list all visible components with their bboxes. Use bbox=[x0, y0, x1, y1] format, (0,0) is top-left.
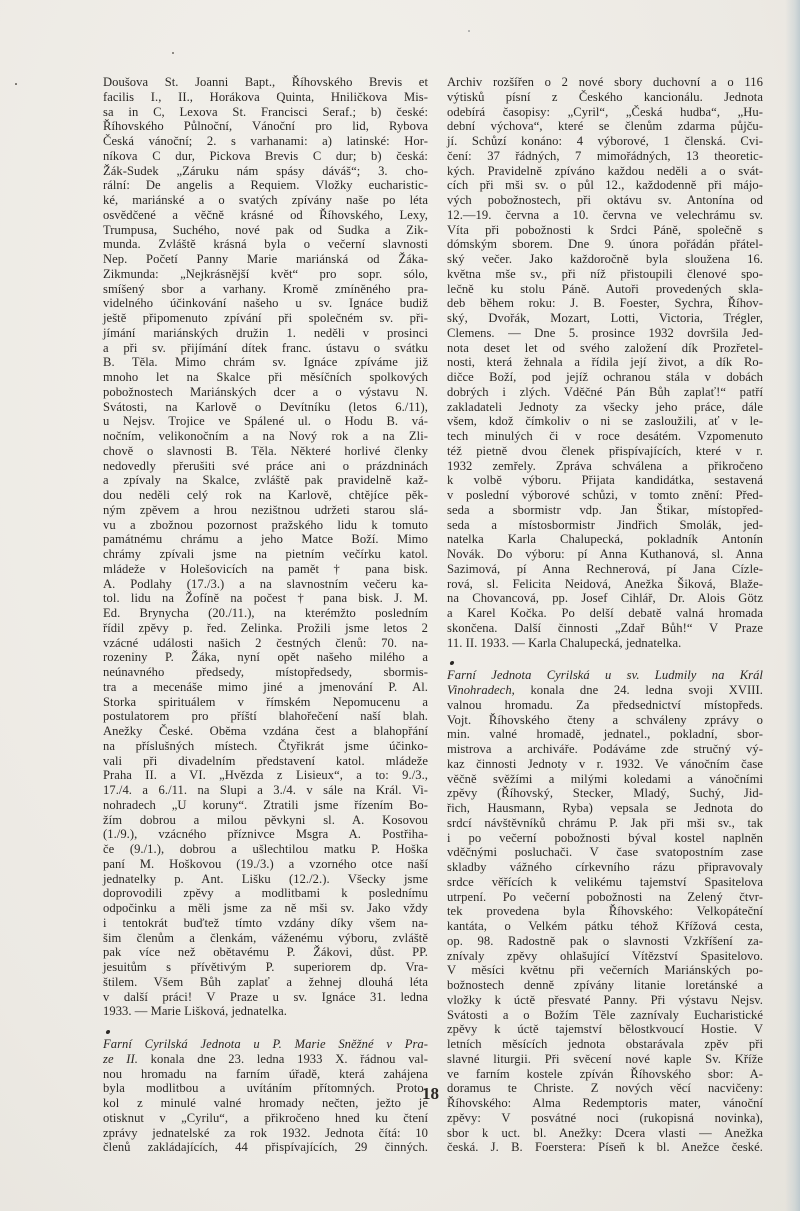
text-line: lečně ku stolu Páně. Autoři provedených … bbox=[447, 282, 763, 297]
text-line: níkova C dur, Pickova Brevis C dur; b) č… bbox=[103, 149, 428, 164]
text-line: Víta při pobožnosti k Srdci Páně, společ… bbox=[447, 223, 763, 238]
text-line: postulatorem pro příští blahořečení naší… bbox=[103, 709, 428, 724]
text-line: ještě připomenuto zpívání při společném … bbox=[103, 311, 428, 326]
text-line: A. Podlahy (17./3.) a na slavnostním več… bbox=[103, 577, 428, 592]
text-line: Ed. Brynycha (20./11.), na kterémžto pos… bbox=[103, 606, 428, 621]
text-line: tek provedena byla Říhovského: Velkopáte… bbox=[447, 904, 763, 919]
text-line: nota deset let od svého založení dík Pro… bbox=[447, 341, 763, 356]
text-line: jí. Schůzí konáno: 4 výborové, 1 členská… bbox=[447, 134, 763, 149]
text-line: 11. II. 1933. — Karla Chalupecká, jednat… bbox=[447, 636, 763, 651]
paragraph-gap bbox=[447, 650, 763, 660]
text-line: slavné liturgii. Při svěcení nové kaple … bbox=[447, 1052, 763, 1067]
text-line: seda a sbormistr vdp. Jan Štikar, místop… bbox=[447, 503, 763, 518]
text-line: Nep. Početí Panny Marie mariánská od Žák… bbox=[103, 252, 428, 267]
text-line: i po večerní pobožnosti býval kostel nap… bbox=[447, 831, 763, 846]
text-line: 17./4. a 6./11. na Slupi a 3./4. v sále … bbox=[103, 783, 428, 798]
text-line: chrámy zpívali jsme na pietním večírku k… bbox=[103, 547, 428, 562]
text-line: ve farním kostele zpíván Říhovského sbor… bbox=[447, 1067, 763, 1082]
text-line: B. Těla. Mimo chrám sv. Ignáce zpíváme j… bbox=[103, 355, 428, 370]
right-paragraph-1: Archiv rozšířen o 2 nové sbory duchovní … bbox=[447, 75, 763, 650]
right-paragraph-2: Farní Jednota Cyrilská u sv. Ludmily na … bbox=[447, 668, 763, 1155]
text-line: valnou hromadu. Za předsednictví místopř… bbox=[447, 698, 763, 713]
text-line: zprávy jednatelské za rok 1932. Jednota … bbox=[103, 1126, 428, 1141]
text-line: vložky k úctě přesvaté Panny. Při výstav… bbox=[447, 993, 763, 1008]
section-heading: Farní Jednota Cyrilská u sv. Ludmily na … bbox=[447, 668, 763, 683]
text-line: chově o slavnosti B. Těla. Některé horli… bbox=[103, 444, 428, 459]
section-bullet-icon bbox=[447, 660, 763, 668]
text-line: i tentokrát buďtež tímto vzdány díky vše… bbox=[103, 916, 428, 931]
text-line: Vojt. Říhovského čteny a schváleny zpráv… bbox=[447, 713, 763, 728]
text-line: čení: 37 řádných, 7 mimořádných, 13 theo… bbox=[447, 149, 763, 164]
text-line: kých. Pravidelně zpíváno každou neděli a… bbox=[447, 164, 763, 179]
text-line: utrpení. Po večerní pobožnosti na Zelený… bbox=[447, 890, 763, 905]
text-line: a při sv. přijímání dítek franc. ústavu … bbox=[103, 341, 428, 356]
text-line: seda a místosbormistr Jindřich Smolák, j… bbox=[447, 518, 763, 533]
text-line: letních měsících jednota obstarávala zpě… bbox=[447, 1037, 763, 1052]
text-line: dičce Boží, pod jejíž ochranou stála v d… bbox=[447, 370, 763, 385]
text-line: dební výchova“, které se členům zdarma p… bbox=[447, 119, 763, 134]
text-line: vděčnými posluchači. V čase svatopostním… bbox=[447, 845, 763, 860]
text-line: jesuitům s přívětivým P. superiorem dp. … bbox=[103, 960, 428, 975]
text-line: kantáta, o Velkém pátku téhož Křížová ce… bbox=[447, 919, 763, 934]
text-line: jednatelky p. Ant. Lišku (12./2.). Všeck… bbox=[103, 872, 428, 887]
text-line: sa in C, Lexova St. Francisci Seraf.; b)… bbox=[103, 105, 428, 120]
text-line: sbor k uct. bl. Anežky: Dcera vlasti — A… bbox=[447, 1126, 763, 1141]
text-line: členů zakládajících, 44 přispívajících, … bbox=[103, 1140, 428, 1155]
text-line: k volbě výboru. Přijata kandidátka, sest… bbox=[447, 473, 763, 488]
text-line: mládeže v Holešovicích na pamět † pana b… bbox=[103, 562, 428, 577]
text-line: jímání mariánských družin 1. neděli v pr… bbox=[103, 326, 428, 341]
text-line: věčně svěžími a milými koledami a vánočn… bbox=[447, 772, 763, 787]
text-line: facilis I., II., Horákova Quinta, Hnilič… bbox=[103, 90, 428, 105]
text-line: otisknut v „Cyrilu“, a přikročeno hned k… bbox=[103, 1111, 428, 1126]
text-line: min. valné hromadě, jednatel., pokladní,… bbox=[447, 727, 763, 742]
section-heading-continuation: ze II. konala dne 23. ledna 1933 X. řádn… bbox=[103, 1052, 428, 1067]
text-line: řich, Hausmann, Ryba) vepsala se Jednota… bbox=[447, 801, 763, 816]
text-line: Anežky České. Oběma vzdána čest a blahop… bbox=[103, 724, 428, 739]
text-line: vu a zbožnou pozornost pražského lidu k … bbox=[103, 518, 428, 533]
text-line: nosti, která žehnala a řídila její život… bbox=[447, 355, 763, 370]
text-line: štilem. Všem Bůh zaplať a žehnej dlouhá … bbox=[103, 975, 428, 990]
text-line: zpěvy (Říhovský, Stecker, Mladý, Suchý, … bbox=[447, 786, 763, 801]
text-run: konala dne 24. ledna svoji XVIII. bbox=[515, 683, 763, 697]
text-line: vých pobožnostech, při oktávu sv. Antoní… bbox=[447, 193, 763, 208]
text-line: ský večer. Jako každoročně byla sloužena… bbox=[447, 252, 763, 267]
right-paragraph-2-body: valnou hromadu. Za předsednictví místopř… bbox=[447, 698, 763, 1155]
text-line: řídil zpěvy p. řed. Zelinka. Prožili jsm… bbox=[103, 621, 428, 636]
text-line: výtisků písní z Českého kancionálu. Jedn… bbox=[447, 90, 763, 105]
text-line: Zikmunda: „Nejkrásnější květ“ pro sopr. … bbox=[103, 267, 428, 282]
text-run: konala dne 23. ledna 1933 X. řádnou val- bbox=[138, 1052, 428, 1066]
page-number: 18 bbox=[422, 1084, 439, 1104]
text-line: natelka Karla Chalupecká, pokladník Anto… bbox=[447, 532, 763, 547]
text-line: nou hromadu na farním úřadě, která zaháj… bbox=[103, 1067, 428, 1082]
scanned-page: Doušova St. Joanni Bapt., Říhovského Bre… bbox=[0, 0, 800, 1211]
text-line: op. 98. Radostně pak o slavnosti Vzkříše… bbox=[447, 934, 763, 949]
text-line: nočním, velikonočním a na Nový rok a na … bbox=[103, 429, 428, 444]
text-line: cích při mši sv. o půl 12., každodenně p… bbox=[447, 178, 763, 193]
text-line: Praha II. a VI. „Hvězda z Lisieux“, a to… bbox=[103, 768, 428, 783]
text-line: v poslední výborové schůzi, v tomto zněn… bbox=[447, 488, 763, 503]
left-column: Doušova St. Joanni Bapt., Říhovského Bre… bbox=[103, 75, 428, 1155]
text-line: na příslušných místech. Čtyřikrát jsme ú… bbox=[103, 739, 428, 754]
text-line: Říhovského: Alma Redemptoris mater, váno… bbox=[447, 1096, 763, 1111]
text-line: tra a mecenáše mimo jiné a jmenování P. … bbox=[103, 680, 428, 695]
text-line: česká. J. B. Foerstera: Píseň k bl. Anež… bbox=[447, 1140, 763, 1155]
text-line: žím dobrou a milou pěvkyni sl. A. Kosovo… bbox=[103, 813, 428, 828]
text-line: a zpívaly na Skalce, zvláště pak pravide… bbox=[103, 473, 428, 488]
right-column: Archiv rozšířen o 2 nové sbory duchovní … bbox=[447, 75, 763, 1155]
text-line: Storka spirituálem v římském Nepomucenu … bbox=[103, 695, 428, 710]
ink-speck bbox=[172, 52, 174, 54]
text-line: května mše sv., při níž přistoupili člen… bbox=[447, 267, 763, 282]
text-line: odebírá časopisy: „Cyril“, „Česká hudba“… bbox=[447, 105, 763, 120]
text-line: Svátosti, na Karlově o Devítníku (letos … bbox=[103, 400, 428, 415]
text-line: nedovedly přerušiti své práce ani o práz… bbox=[103, 459, 428, 474]
text-line: tech minulých či v roce desátém. Vzpomen… bbox=[447, 429, 763, 444]
text-line: doprovodili zpěvy a modlitbami k posledn… bbox=[103, 886, 428, 901]
left-paragraph-2-body: nou hromadu na farním úřadě, která zaháj… bbox=[103, 1067, 428, 1156]
left-paragraph-1: Doušova St. Joanni Bapt., Říhovského Bre… bbox=[103, 75, 428, 1019]
text-line: zakladateli Jednoty za všecky jeho práce… bbox=[447, 400, 763, 415]
text-line: odpočinku a měli jsme za ně mši sv. Jako… bbox=[103, 901, 428, 916]
text-line: Doušova St. Joanni Bapt., Říhovského Bre… bbox=[103, 75, 428, 90]
text-line: nohradech „U koruny“. Ztratili jsme říze… bbox=[103, 798, 428, 813]
left-paragraph-2: Farní Cyrilská Jednota u P. Marie Sněžné… bbox=[103, 1037, 428, 1155]
text-line: a Karel Kočka. Po delší debatě valná hro… bbox=[447, 606, 763, 621]
text-line: 1932 zemřely. Zpráva schválena a přikroč… bbox=[447, 459, 763, 474]
text-line: dobrých i zlých. Vděčné Pán Bůh zaplať!“… bbox=[447, 385, 763, 400]
text-line: ský, Dvořák, Mozart, Lotti, Victoria, Tr… bbox=[447, 311, 763, 326]
text-line: V měsíci květnu při večerních Mariánskýc… bbox=[447, 963, 763, 978]
text-line: tol. lidu na Žofíně na počest † pana bis… bbox=[103, 591, 428, 606]
text-line: v další práci! V Praze u sv. Ignáce 31. … bbox=[103, 990, 428, 1005]
text-line: kol z minulé valné hromady nečten, ježto… bbox=[103, 1096, 428, 1111]
text-line: mnoho let na Skalce při měsíčních spolko… bbox=[103, 370, 428, 385]
text-line: božnostech denně zpívány litanie loretán… bbox=[447, 978, 763, 993]
text-line: dómským sborem. Dne 9. února pořádán přá… bbox=[447, 237, 763, 252]
text-line: Novák. Do výboru: pí Anna Kuthanová, sl.… bbox=[447, 547, 763, 562]
text-line: Clemens. — Dne 5. prosince 1932 dovršila… bbox=[447, 326, 763, 341]
text-line: srdce věřících k velikému tajemství Spas… bbox=[447, 875, 763, 890]
paragraph-gap bbox=[103, 1019, 428, 1029]
text-line: ným zpěvem a hrou nezištnou udržeti star… bbox=[103, 503, 428, 518]
text-line: byla modlitbou a uvítáním přítomných. Pr… bbox=[103, 1081, 428, 1096]
text-line: u Nejsv. Trojice ve Spálené ul. o Hodu B… bbox=[103, 414, 428, 429]
text-line: Česká vánoční; 2. s varhanami: a) latins… bbox=[103, 134, 428, 149]
text-line: srdcí návštěvníků chrámu P. Jak při mši … bbox=[447, 816, 763, 831]
section-heading-end: ze II. bbox=[103, 1052, 138, 1066]
text-line: pak více než obětavému P. Žákovi, důst. … bbox=[103, 945, 428, 960]
text-line: če (9./1.), dobrou a ušlechtilou matku P… bbox=[103, 842, 428, 857]
text-line: skončena. Další činnosti „Zdař Bůh!“ V P… bbox=[447, 621, 763, 636]
text-line: skladby vážného církevního rázu připravo… bbox=[447, 860, 763, 875]
text-line: znívaly zpěvy ohlašující Vítězství Spasi… bbox=[447, 949, 763, 964]
text-line: památnému chrámu a jeho Matce Boží. Mimo bbox=[103, 532, 428, 547]
text-line: zpěvy: V posvátné noci (rukopisná novink… bbox=[447, 1111, 763, 1126]
ink-speck bbox=[468, 30, 470, 32]
text-line: Sazimová, pí Anna Rechnerová, pí Jana Cí… bbox=[447, 562, 763, 577]
text-line: ké, mariánské a o svatých zpívány naše p… bbox=[103, 193, 428, 208]
text-line: 12.—19. června a 10. června ve velechrám… bbox=[447, 208, 763, 223]
text-line: neúnavného předsedy, místopředsedy, sbor… bbox=[103, 665, 428, 680]
text-line: rální: De angelis a Requiem. Vložky euch… bbox=[103, 178, 428, 193]
text-line: munda. Zvláště krásná byla o večerní sla… bbox=[103, 237, 428, 252]
text-line: 1933. — Marie Lišková, jednatelka. bbox=[103, 1004, 428, 1019]
text-line: na Chovancová, pp. Josef Cihlář, Dr. Alo… bbox=[447, 591, 763, 606]
text-line: vzácné události našich 2 čestných členů:… bbox=[103, 636, 428, 651]
text-line: Trumpusa, Suchého, nové pak od Sudka a Z… bbox=[103, 223, 428, 238]
text-line: deb během roku: J. B. Foester, Sychra, Ř… bbox=[447, 296, 763, 311]
text-line: dou neděli celý rok na Karlově, chtějíce… bbox=[103, 488, 428, 503]
text-line: osvědčené a věčně krásné od Říhovského, … bbox=[103, 208, 428, 223]
ink-speck bbox=[15, 83, 17, 85]
text-line: Žák-Sudek „Záruku nám spásy dáváš“; 3. c… bbox=[103, 164, 428, 179]
text-line: Říhovského Půlnoční, Vánoční pro lid, Ry… bbox=[103, 119, 428, 134]
text-line: (1./9.), vzácného příznivce Msgra A. Pos… bbox=[103, 827, 428, 842]
text-line: všem, kdož čímkoliv o ni se zasloužili, … bbox=[447, 414, 763, 429]
section-bullet-icon bbox=[103, 1029, 428, 1037]
text-line: též pietně dvou členek přispívajících, k… bbox=[447, 444, 763, 459]
text-line: videlného účinkování našeho u sv. Ignáce… bbox=[103, 296, 428, 311]
text-line: paní M. Hoškovou (19./3.) a vzorného otc… bbox=[103, 857, 428, 872]
text-line: rová, sl. Felicita Neidová, Anežka Šikov… bbox=[447, 577, 763, 592]
text-line: smíšený sbor a varhany. Kromě zmíněného … bbox=[103, 282, 428, 297]
text-line: šim členům a členkám, váženému výboru, z… bbox=[103, 931, 428, 946]
section-heading: Farní Cyrilská Jednota u P. Marie Sněžné… bbox=[103, 1037, 428, 1052]
text-line: kaz činnosti Jednoty v r. 1932. Ve vánoč… bbox=[447, 757, 763, 772]
text-line: zpěvy k úctě tajemství bělostkvoucí Host… bbox=[447, 1022, 763, 1037]
section-heading-end: Vinohradech, bbox=[447, 683, 515, 697]
text-line: rozeniny P. Žáka, nyní opět našeho miléh… bbox=[103, 650, 428, 665]
text-line: vali při divadelním představení katol. m… bbox=[103, 754, 428, 769]
section-heading-continuation: Vinohradech, konala dne 24. ledna svoji … bbox=[447, 683, 763, 698]
text-line: pobožnostech Mariánských dcer a o výstav… bbox=[103, 385, 428, 400]
text-line: mistrova a archiváře. Podáváme zde struč… bbox=[447, 742, 763, 757]
text-line: Archiv rozšířen o 2 nové sbory duchovní … bbox=[447, 75, 763, 90]
text-line: doramus te Christe. Z nových věcí nacvič… bbox=[447, 1081, 763, 1096]
text-line: Svátosti a o Božím Těle zaznívaly Euchar… bbox=[447, 1008, 763, 1023]
